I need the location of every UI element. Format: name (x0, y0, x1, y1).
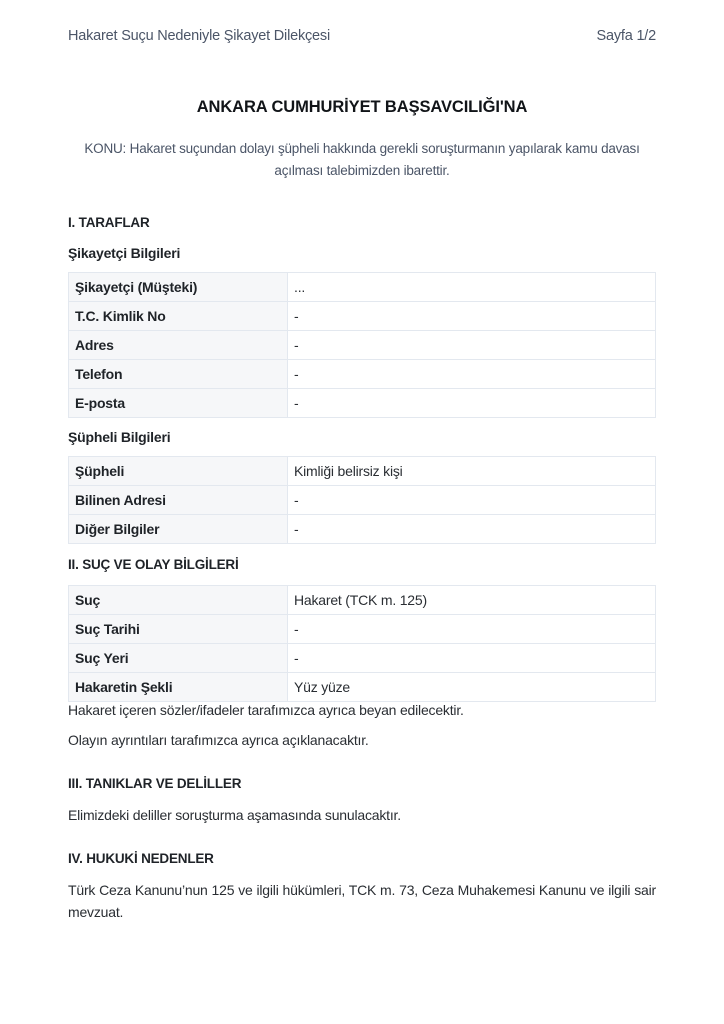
evidence-paragraph: Elimizdeki deliller soruşturma aşamasınd… (68, 804, 656, 826)
table-row: Suç Yeri - (69, 644, 656, 673)
details-paragraph: Olayın ayrıntıları tarafımızca ayrıca aç… (68, 729, 656, 751)
table-row: Suç Tarihi - (69, 615, 656, 644)
row-value: Yüz yüze (288, 673, 656, 702)
row-value: - (288, 486, 656, 515)
crime-table: Suç Hakaret (TCK m. 125) Suç Tarihi - Su… (68, 585, 656, 702)
row-value: ... (288, 273, 656, 302)
row-label: Adres (69, 331, 288, 360)
section-crime-heading: II. SUÇ VE OLAY BİLGİLERİ (68, 554, 656, 576)
subject-line: KONU: Hakaret suçundan dolayı şüpheli ha… (68, 138, 656, 182)
row-label: Suç Yeri (69, 644, 288, 673)
table-row: Suç Hakaret (TCK m. 125) (69, 586, 656, 615)
legal-paragraph: Türk Ceza Kanunu’nun 125 ve ilgili hüküm… (68, 879, 656, 923)
row-label: T.C. Kimlik No (69, 302, 288, 331)
row-value: Kimliği belirsiz kişi (288, 457, 656, 486)
table-row: Şüpheli Kimliği belirsiz kişi (69, 457, 656, 486)
row-value: - (288, 615, 656, 644)
section-evidence-heading: III. TANIKLAR VE DELİLLER (68, 773, 656, 795)
row-label: Şüpheli (69, 457, 288, 486)
complainant-heading: Şikayetçi Bilgileri (68, 242, 656, 264)
row-value: - (288, 331, 656, 360)
row-label: Telefon (69, 360, 288, 389)
document-body: I. TARAFLAR Şikayetçi Bilgileri Şikayetç… (68, 212, 656, 923)
table-row: Diğer Bilgiler - (69, 515, 656, 544)
page-indicator: Sayfa 1/2 (597, 28, 656, 44)
row-value: - (288, 515, 656, 544)
row-value: - (288, 644, 656, 673)
suspect-heading: Şüpheli Bilgileri (68, 426, 656, 448)
page-header: Hakaret Suçu Nedeniyle Şikayet Dilekçesi… (68, 28, 656, 44)
table-row: Telefon - (69, 360, 656, 389)
table-row: E-posta - (69, 389, 656, 418)
row-value: - (288, 360, 656, 389)
row-label: Bilinen Adresi (69, 486, 288, 515)
statement-paragraph: Hakaret içeren sözler/ifadeler tarafımız… (68, 699, 656, 721)
row-label: E-posta (69, 389, 288, 418)
section-legal-heading: IV. HUKUKİ NEDENLER (68, 848, 656, 870)
row-value: - (288, 302, 656, 331)
suspect-table: Şüpheli Kimliği belirsiz kişi Bilinen Ad… (68, 456, 656, 544)
table-row: Adres - (69, 331, 656, 360)
table-row: Hakaretin Şekli Yüz yüze (69, 673, 656, 702)
row-value: - (288, 389, 656, 418)
document-title: Hakaret Suçu Nedeniyle Şikayet Dilekçesi (68, 28, 330, 44)
row-label: Diğer Bilgiler (69, 515, 288, 544)
complainant-table: Şikayetçi (Müşteki) ... T.C. Kimlik No -… (68, 272, 656, 418)
row-value: Hakaret (TCK m. 125) (288, 586, 656, 615)
table-row: Şikayetçi (Müşteki) ... (69, 273, 656, 302)
table-row: T.C. Kimlik No - (69, 302, 656, 331)
table-row: Bilinen Adresi - (69, 486, 656, 515)
section-parties-heading: I. TARAFLAR (68, 212, 656, 234)
row-label: Suç Tarihi (69, 615, 288, 644)
row-label: Suç (69, 586, 288, 615)
row-label: Şikayetçi (Müşteki) (69, 273, 288, 302)
row-label: Hakaretin Şekli (69, 673, 288, 702)
addressee-title: ANKARA CUMHURİYET BAŞSAVCILIĞI'NA (0, 98, 724, 117)
